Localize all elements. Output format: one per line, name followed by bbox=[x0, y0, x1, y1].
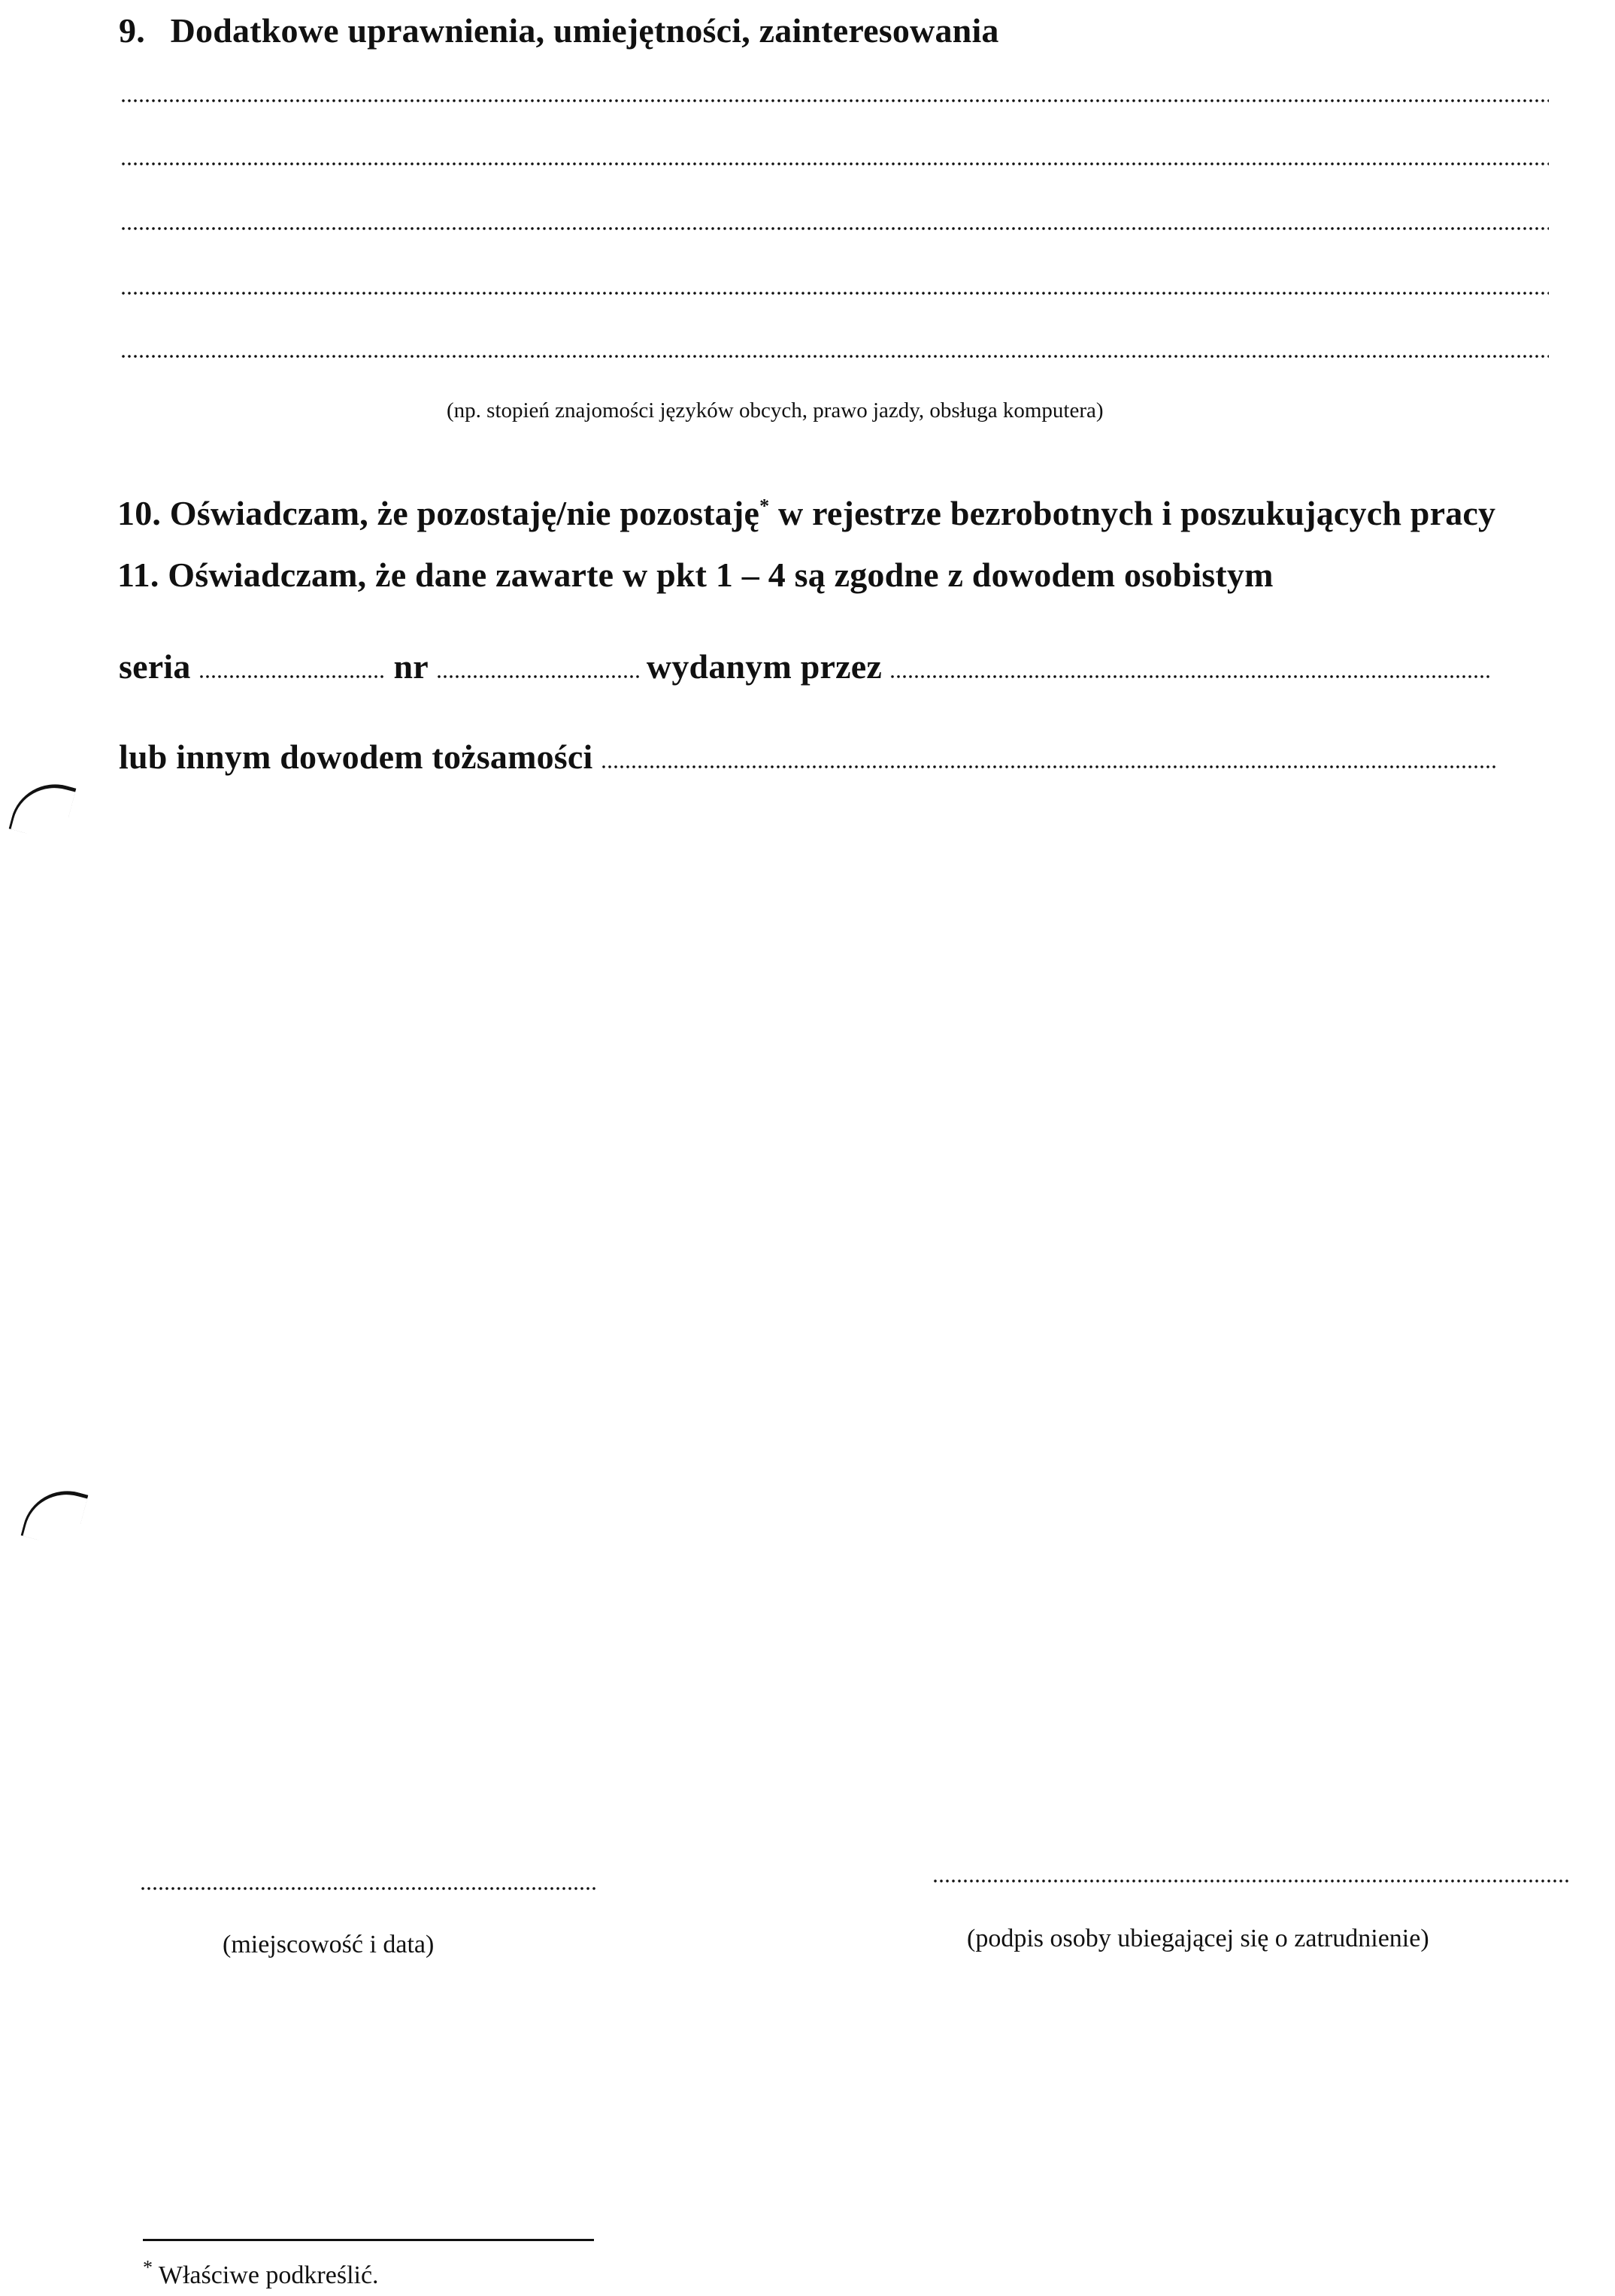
section-10-text-before: 10. Oświadczam, że pozostaję/nie pozosta… bbox=[117, 494, 759, 532]
other-id-field[interactable] bbox=[601, 765, 1495, 768]
answer-line-4[interactable] bbox=[120, 292, 1549, 295]
footnote-marker: * bbox=[143, 2257, 153, 2279]
section-10-statement: 10. Oświadczam, że pozostaję/nie pozosta… bbox=[117, 493, 1495, 533]
nr-label: nr bbox=[394, 647, 429, 686]
punch-hole-mark bbox=[9, 774, 77, 843]
answer-line-3[interactable] bbox=[120, 227, 1549, 230]
answer-line-2[interactable] bbox=[120, 162, 1549, 165]
seria-field[interactable] bbox=[198, 675, 386, 678]
section-9-number: 9. bbox=[119, 11, 145, 50]
answer-line-5[interactable] bbox=[120, 355, 1549, 358]
section-9-hint: (np. stopień znajomości języków obcych, … bbox=[447, 398, 1104, 423]
signature-field[interactable] bbox=[932, 1880, 1571, 1883]
section-10-text-after: w rejestrze bezrobotnych i poszukujących… bbox=[769, 494, 1495, 532]
footnote-text: Właściwe podkreślić. bbox=[153, 2261, 379, 2289]
place-date-field[interactable] bbox=[140, 1887, 598, 1890]
footnote: * Właściwe podkreślić. bbox=[143, 2261, 379, 2290]
seria-label: seria bbox=[119, 647, 191, 686]
other-id-row: lub innym dowodem tożsamości bbox=[119, 737, 1503, 777]
id-document-row: seria nr wydanym przez bbox=[119, 647, 1498, 686]
section-9-heading: 9. Dodatkowe uprawnienia, umiejętności, … bbox=[119, 11, 999, 50]
nr-field[interactable] bbox=[436, 675, 639, 678]
section-9-title: Dodatkowe uprawnienia, umiejętności, zai… bbox=[171, 11, 999, 50]
answer-line-1[interactable] bbox=[120, 99, 1549, 102]
footnote-marker-ref: * bbox=[759, 495, 769, 517]
issued-by-field[interactable] bbox=[889, 675, 1491, 678]
place-date-caption: (miejscowość i data) bbox=[223, 1931, 434, 1959]
wydanym-label: wydanym przez bbox=[647, 647, 882, 686]
section-11-statement: 11. Oświadczam, że dane zawarte w pkt 1 … bbox=[117, 555, 1274, 595]
signature-caption: (podpis osoby ubiegającej się o zatrudni… bbox=[967, 1925, 1429, 1953]
other-id-label: lub innym dowodem tożsamości bbox=[119, 737, 593, 777]
footnote-separator bbox=[143, 2239, 594, 2241]
punch-hole-mark bbox=[21, 1481, 89, 1549]
